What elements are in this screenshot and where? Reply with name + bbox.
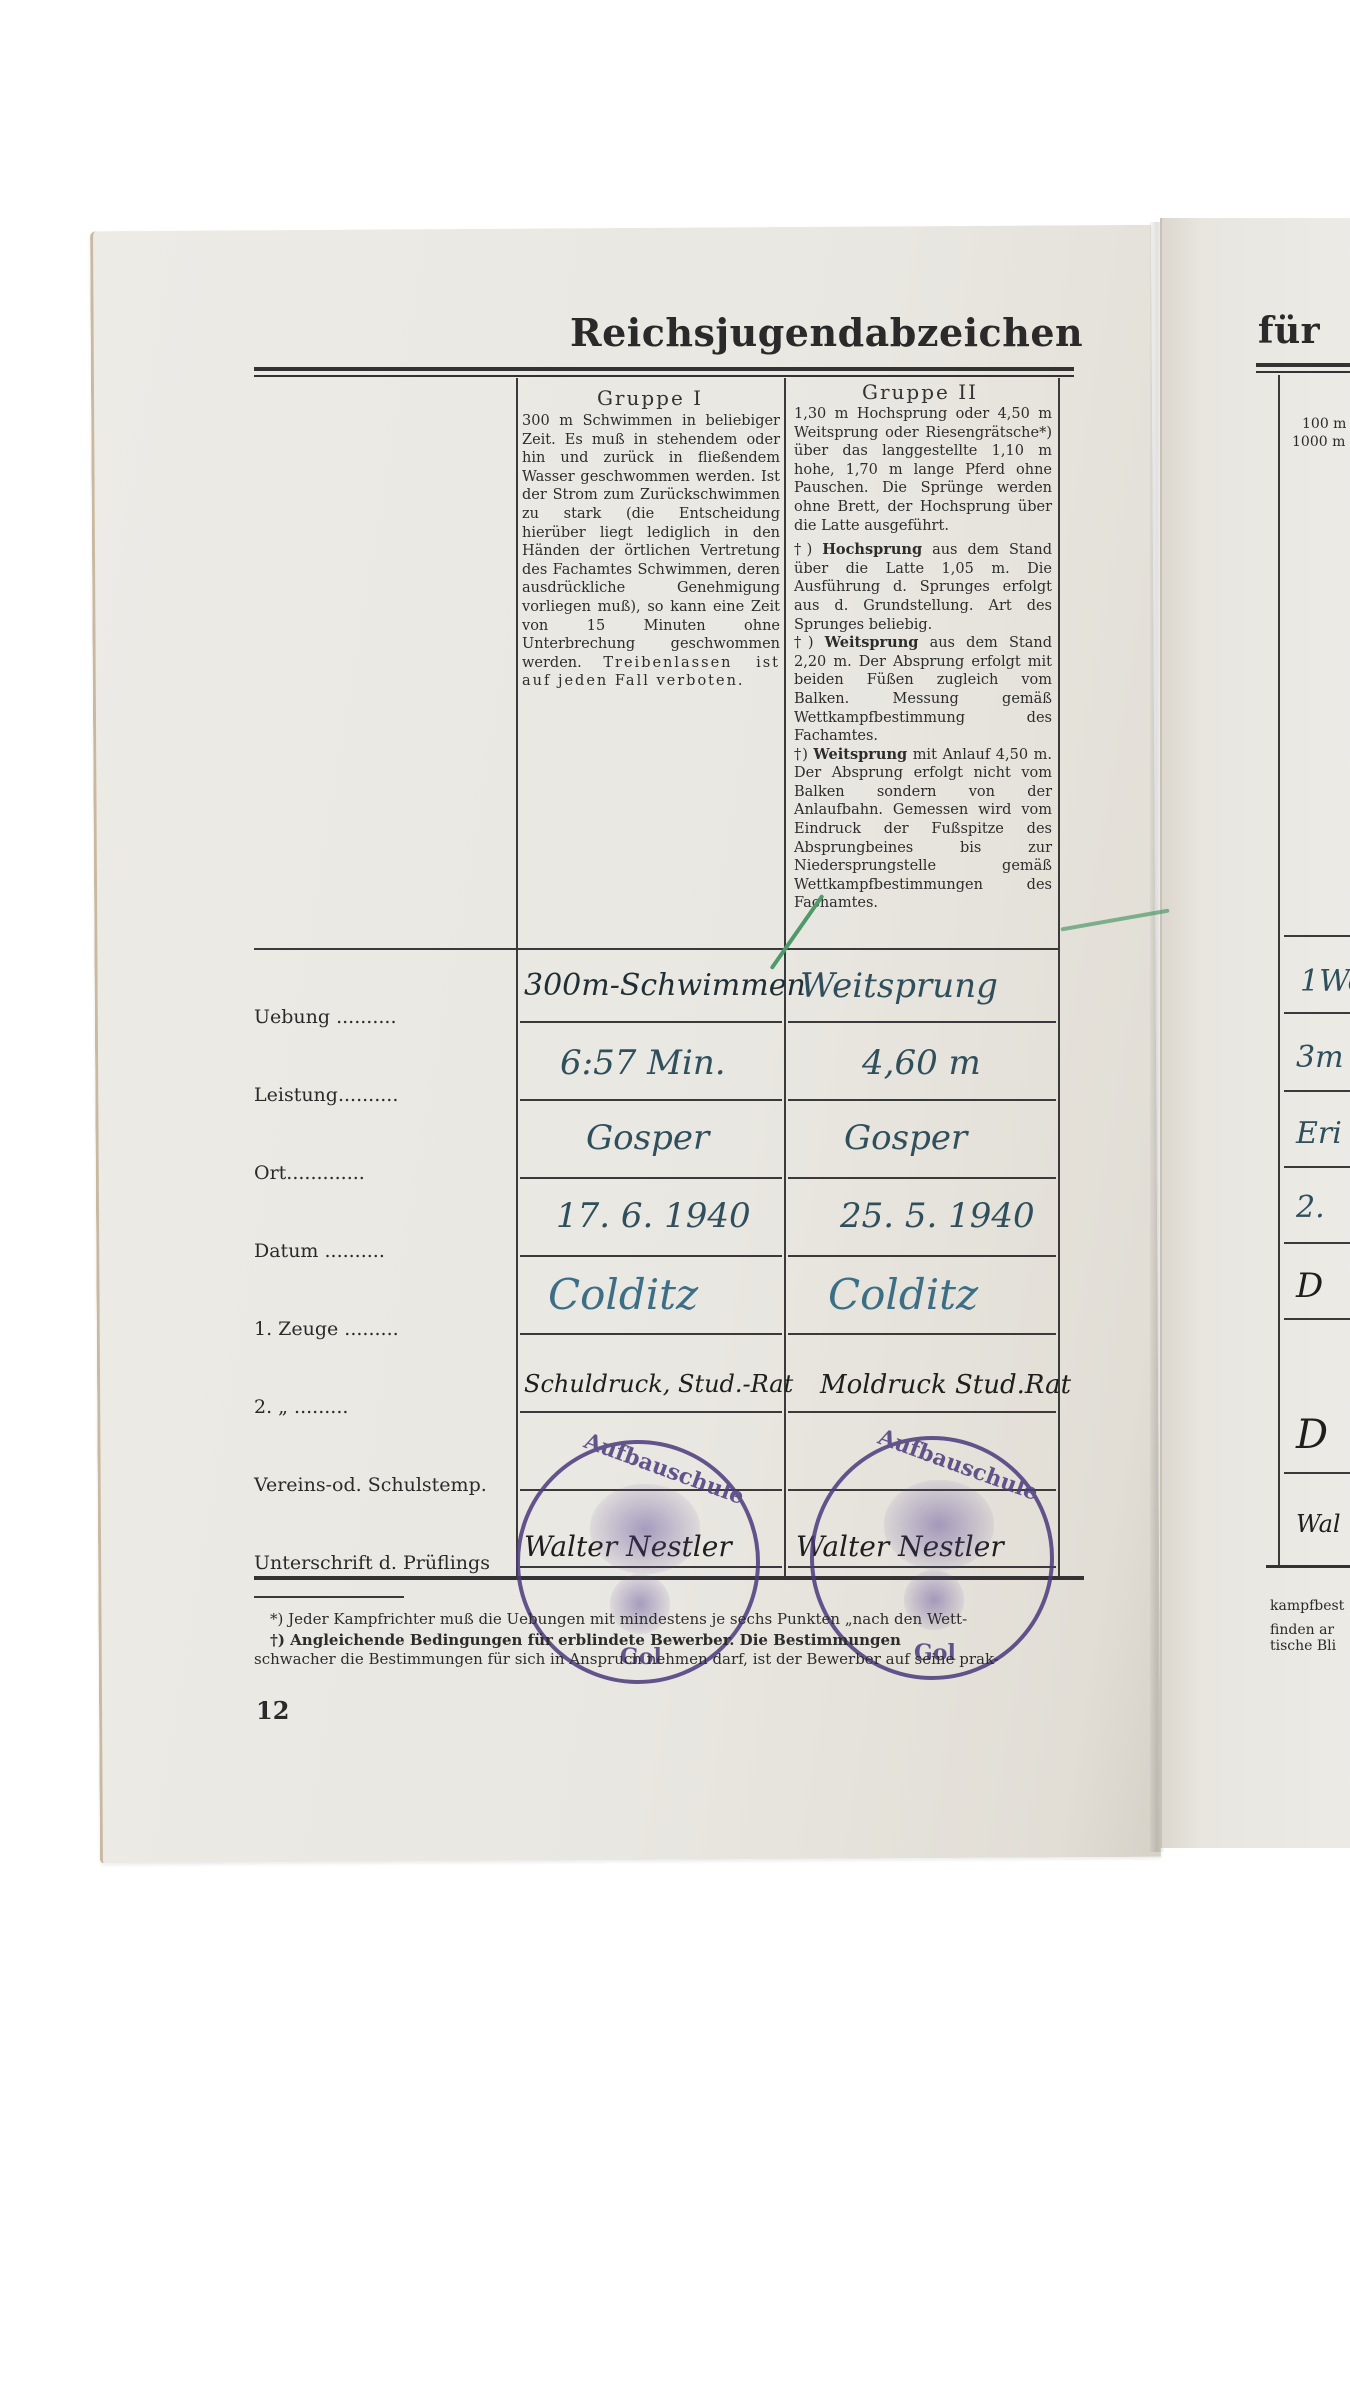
title-rule-thin bbox=[254, 375, 1074, 377]
group-2-description: 1,30 m Hochsprung oder 4,50 m Weitsprung… bbox=[794, 405, 1052, 913]
group-2-note-2: †) Weitsprung aus dem Stand 2,20 m. Der … bbox=[794, 634, 1052, 746]
right-title-rule bbox=[1256, 363, 1350, 367]
title-rule-thick bbox=[254, 367, 1074, 371]
right-page-line-1: 100 m bbox=[1302, 416, 1346, 432]
right-hand-1: 1We bbox=[1300, 964, 1350, 999]
right-table-divider bbox=[1278, 375, 1280, 1565]
entry-2-leistung: 4,60 m bbox=[862, 1043, 981, 1083]
note-text: mit Anlauf 4,50 m. Der Absprung erfolgt … bbox=[794, 747, 1052, 912]
entry-2-zeuge-1: Colditz bbox=[828, 1270, 978, 1319]
entry-1-zeuge-1: Colditz bbox=[548, 1270, 698, 1319]
group-2-note-1: †) Hochsprung aus dem Stand über die Lat… bbox=[794, 541, 1052, 634]
row-line bbox=[520, 1177, 782, 1179]
entry-2-ort: Gosper bbox=[844, 1118, 967, 1158]
row-label-datum: Datum .......... bbox=[254, 1240, 514, 1262]
eagle-emblem-icon bbox=[590, 1484, 700, 1574]
right-hand-6: D bbox=[1296, 1412, 1328, 1458]
group-1-text: 300 m Schwimmen in beliebiger Zeit. Es m… bbox=[522, 413, 780, 671]
entry-1-uebung: 300m-Schwimmen bbox=[524, 968, 806, 1003]
row-line bbox=[1284, 1472, 1350, 1474]
entries-top-rule bbox=[254, 948, 1060, 950]
row-label-stamp: Vereins-od. Schulstemp. bbox=[254, 1474, 514, 1496]
page-title: Reichsjugendabzeichen bbox=[570, 310, 1083, 355]
note-bold: Weitsprung bbox=[813, 746, 907, 763]
row-line bbox=[520, 1021, 782, 1023]
footnote-rule bbox=[254, 1596, 404, 1598]
row-line bbox=[520, 1411, 782, 1413]
entry-2-datum: 25. 5. 1940 bbox=[840, 1196, 1035, 1236]
entry-2-zeuge-2: Moldruck Stud.Rat bbox=[820, 1370, 1071, 1400]
right-hand-3: Eri bbox=[1296, 1116, 1342, 1151]
row-line bbox=[788, 1411, 1056, 1413]
row-label-uebung: Uebung .......... bbox=[254, 1006, 514, 1028]
row-line bbox=[1284, 1166, 1350, 1168]
footnote-2: †) Angleichende Bedingungen für erblinde… bbox=[270, 1631, 901, 1649]
note-bold: Weitsprung bbox=[825, 634, 919, 651]
entry-1-datum: 17. 6. 1940 bbox=[556, 1196, 751, 1236]
group-2-intro: 1,30 m Hochsprung oder 4,50 m Weitsprung… bbox=[794, 405, 1052, 535]
right-title-rule-thin bbox=[1256, 371, 1350, 373]
row-line bbox=[1284, 1318, 1350, 1320]
table-divider-left bbox=[516, 378, 518, 1578]
note-text: aus dem Stand 2,20 m. Der Absprung erfol… bbox=[794, 635, 1052, 744]
right-bottom-rule bbox=[1266, 1565, 1350, 1568]
right-page-title-fragment: für bbox=[1258, 310, 1320, 352]
row-line bbox=[520, 1099, 782, 1101]
row-line bbox=[1284, 935, 1350, 937]
eagle-emblem-icon bbox=[884, 1480, 994, 1570]
entry-1-ort: Gosper bbox=[586, 1118, 709, 1158]
row-line bbox=[788, 1099, 1056, 1101]
right-hand-2: 3m bbox=[1296, 1040, 1344, 1075]
page-number: 12 bbox=[256, 1696, 289, 1725]
footnote-3: schwacher die Bestimmungen für sich in A… bbox=[254, 1650, 999, 1668]
right-foot-3: tische Bli bbox=[1270, 1638, 1336, 1654]
row-line bbox=[520, 1333, 782, 1335]
row-line bbox=[788, 1255, 1056, 1257]
group-1-description: 300 m Schwimmen in beliebiger Zeit. Es m… bbox=[522, 412, 780, 691]
row-line bbox=[520, 1255, 782, 1257]
row-label-zeuge-2: 2. „ ......... bbox=[254, 1396, 514, 1418]
row-label-leistung: Leistung.......... bbox=[254, 1084, 514, 1106]
row-label-zeuge-1: 1. Zeuge ......... bbox=[254, 1318, 514, 1340]
row-line bbox=[788, 1177, 1056, 1179]
entry-1-leistung: 6:57 Min. bbox=[560, 1043, 726, 1083]
right-hand-4: 2. bbox=[1296, 1190, 1325, 1225]
right-foot-2: finden ar bbox=[1270, 1622, 1334, 1638]
note-mark: †) bbox=[794, 542, 812, 558]
row-line bbox=[1284, 1090, 1350, 1092]
note-mark: †) bbox=[794, 635, 813, 651]
footnote-1: *) Jeder Kampfrichter muß die Uebungen m… bbox=[270, 1610, 967, 1628]
right-foot-1: kampfbest bbox=[1270, 1598, 1344, 1614]
row-line bbox=[1284, 1242, 1350, 1244]
right-hand-7: Wal bbox=[1296, 1510, 1341, 1538]
row-label-signature: Unterschrift d. Prüflings bbox=[254, 1552, 514, 1574]
row-line bbox=[788, 1333, 1056, 1335]
note-bold: Hochsprung bbox=[822, 541, 922, 558]
row-label-ort: Ort............. bbox=[254, 1162, 514, 1184]
entry-2-uebung: Weitsprung bbox=[800, 966, 998, 1006]
right-page-line-2: 1000 m bbox=[1292, 434, 1345, 450]
group-2-note-3: †) Weitsprung mit Anlauf 4,50 m. Der Abs… bbox=[794, 746, 1052, 913]
note-mark: †) bbox=[794, 747, 808, 763]
entry-1-zeuge-2: Schuldruck, Stud.-Rat bbox=[524, 1370, 793, 1398]
right-hand-5: D bbox=[1296, 1266, 1323, 1306]
row-line bbox=[1284, 1012, 1350, 1014]
row-line bbox=[788, 1021, 1056, 1023]
group-2-heading: Gruppe II bbox=[790, 380, 1050, 404]
group-1-heading: Gruppe I bbox=[520, 386, 780, 410]
